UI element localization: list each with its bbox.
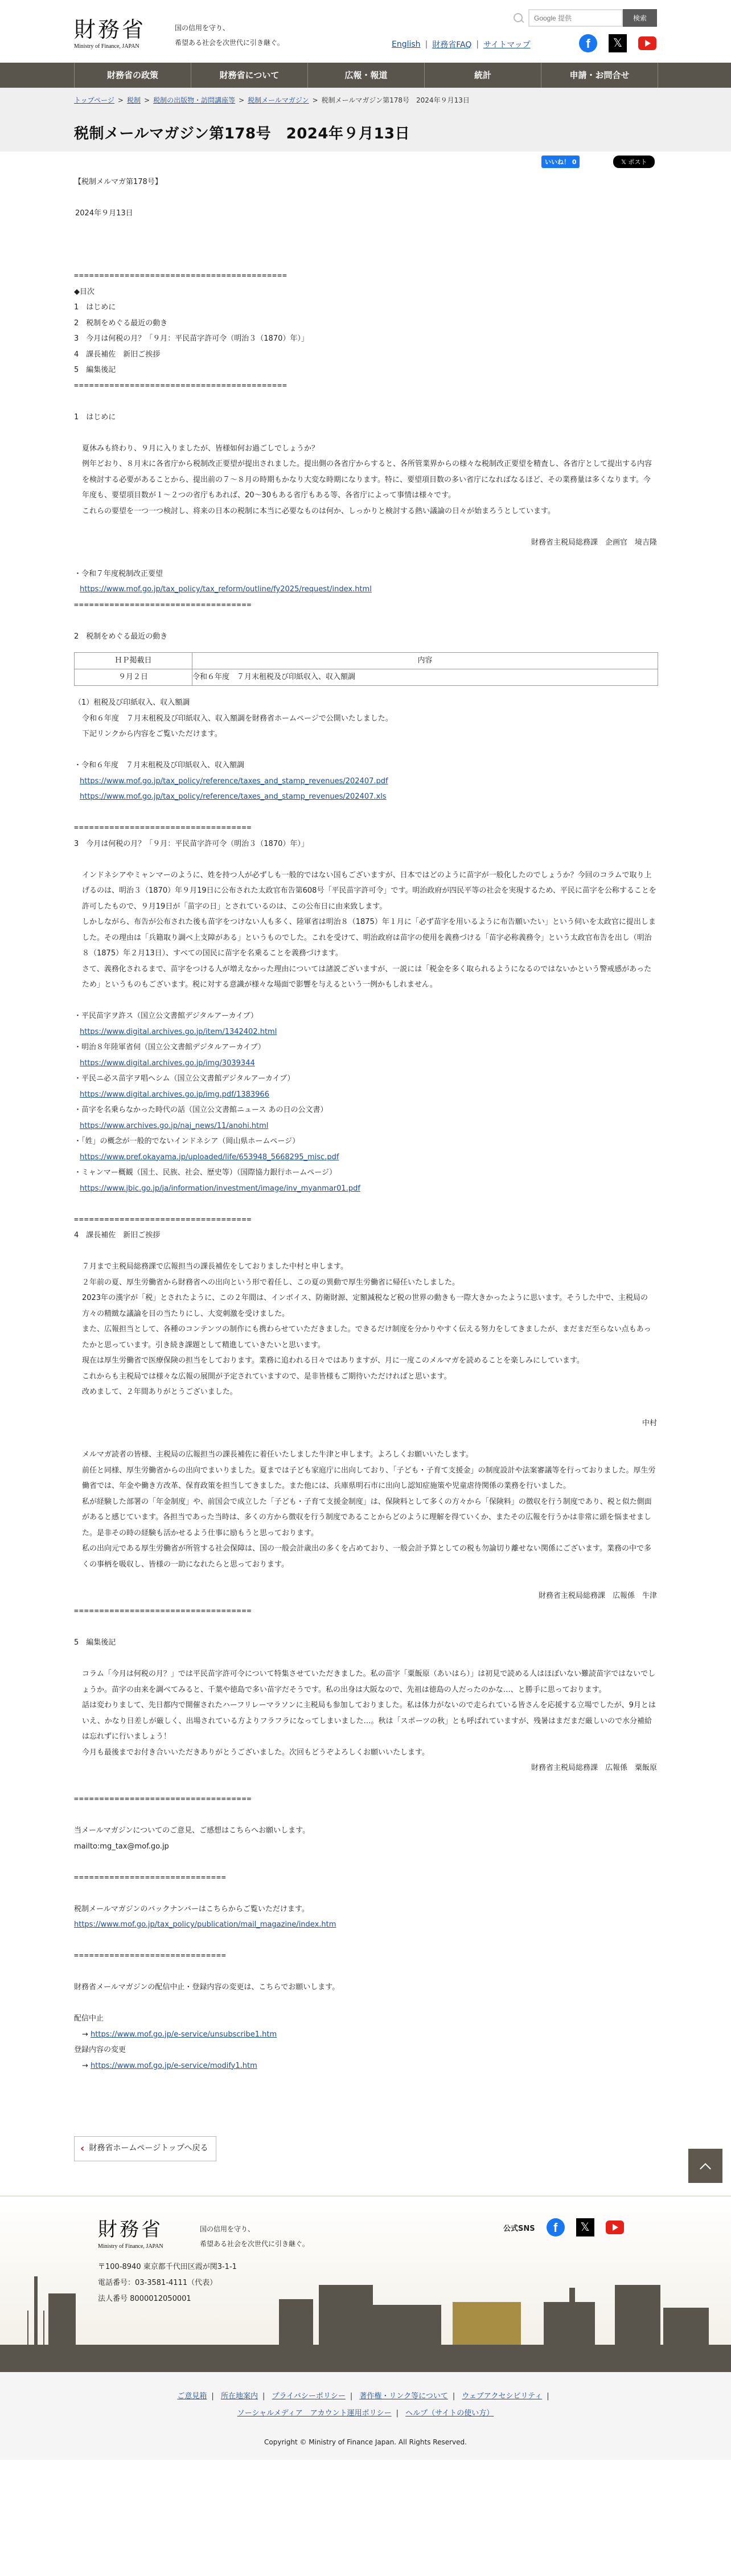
toc-item[interactable]: 2 税制をめぐる最近の動き <box>74 316 657 332</box>
footer-links-row-1: ご意見箱| 所在地案内| プライバシーポリシー| 著作権・リンク等について| ウ… <box>0 2388 731 2405</box>
sitemap-link[interactable]: サイトマップ <box>483 39 530 50</box>
skyline-illustration <box>0 2272 731 2372</box>
separator-line: ============================== <box>74 1948 657 1964</box>
feedback-mail: mailto:mg_tax@mof.go.jp <box>74 1839 657 1855</box>
paragraph: さて、義務化されるまで、苗字をつける人が増えなかった理由については諸説ございます… <box>74 962 657 993</box>
reference-link[interactable]: https://www.archives.go.jp/naj_news/11/a… <box>80 1122 268 1130</box>
breadcrumb-separator: > <box>239 96 244 104</box>
paragraph: インドネシアやミャンマーのように、姓を持つ人が必ずしも一般的ではない国もございま… <box>74 868 657 915</box>
site-logo[interactable]: 財務省 Ministry of Finance, JAPAN <box>74 17 146 50</box>
section-heading: 3 今月は何税の月？「９月：平民苗字許可令（明治３（1870）年）」 <box>74 836 657 852</box>
reference-link[interactable]: https://www.mof.go.jp/tax_policy/tax_ref… <box>80 585 372 594</box>
page-title: 税制メールマガジン第178号 2024年９月13日 <box>74 122 657 143</box>
title-band: トップページ > 税制 > 税制の出版物・訪問講座等 > 税制メールマガジン >… <box>0 88 731 152</box>
facebook-icon[interactable]: f <box>547 2218 565 2236</box>
paragraph: また、広報担当として、各種のコンテンツの制作にも携わらせていただきました。できる… <box>74 1322 657 1353</box>
table-header: ＨＰ掲載日 <box>75 653 192 669</box>
tagline-line-1: 国の信用を守り、 <box>200 2222 309 2236</box>
breadcrumb-publications[interactable]: 税制の出版物・訪問講座等 <box>153 95 235 105</box>
breadcrumb-separator: > <box>118 96 124 104</box>
reference-title: ・令和６年度 ７月末租税及び印紙収入、収入額調 <box>74 758 657 774</box>
separator-line: ========================================… <box>74 268 657 284</box>
toc-item[interactable]: 3 今月は何税の月？「９月：平民苗字許可令（明治３（1870）年）」 <box>74 331 657 347</box>
section-heading: 2 税制をめぐる最近の動き <box>74 629 657 645</box>
paragraph: 現在は厚生労働省で医療保険の担当をしております。業務に追われる日々ではありますが… <box>74 1353 657 1369</box>
logo-english: Ministry of Finance, JAPAN <box>98 2243 163 2250</box>
reference-link-pdf[interactable]: https://www.mof.go.jp/tax_policy/referen… <box>80 777 388 786</box>
reference-title: ・「姓」の概念が一般的でないインドネシア（岡山県ホームページ） <box>74 1134 657 1150</box>
footer-info: 財務省 Ministry of Finance, JAPAN 国の信用を守り、 … <box>0 2195 731 2372</box>
table-cell-content: 令和６年度 ７月末租税及び印紙収入、収入額調 <box>192 669 658 686</box>
facebook-icon[interactable]: f <box>579 34 597 52</box>
backnumber-text: 税制メールマガジンのバックナンバーはこちらからご覧いただけます。 <box>74 1902 657 1917</box>
footer-links-row-2: ソーシャルメディア アカウント運用ポリシー| ヘルプ（サイトの使い方） <box>0 2405 731 2422</box>
backnumber-link[interactable]: https://www.mof.go.jp/tax_policy/publica… <box>74 1920 336 1929</box>
paragraph: 夏休みも終わり、９月に入りましたが、皆様如何お過ごしでしょうか？ <box>74 441 657 457</box>
reference-link[interactable]: https://www.digital.archives.go.jp/img/3… <box>80 1059 255 1068</box>
chevron-left-icon: ‹ <box>80 2141 84 2157</box>
article-body: 【税制メルマガ第178号】 2024年９月13日 ===============… <box>0 174 731 2161</box>
separator-line: =================================== <box>74 820 657 836</box>
footer-links-area: ご意見箱| 所在地案内| プライバシーポリシー| 著作権・リンク等について| ウ… <box>0 2372 731 2460</box>
paragraph: 話は変わりまして、先日都内で開催されたハーフリレーマラソンに主税局も参加しており… <box>74 1698 657 1745</box>
nav-item-contact[interactable]: 申請・お問合せ <box>541 63 658 88</box>
footer-link-social-policy[interactable]: ソーシャルメディア アカウント運用ポリシー <box>237 2409 392 2418</box>
separator: | <box>476 40 479 49</box>
nav-item-policy[interactable]: 財務省の政策 <box>75 63 191 88</box>
youtube-icon[interactable] <box>606 2221 624 2234</box>
toc-item[interactable]: 1 はじめに <box>74 300 657 316</box>
issue-label: 【税制メルマガ第178号】 <box>74 174 657 190</box>
breadcrumb-separator: > <box>313 96 318 104</box>
arrow-icon: → <box>82 2062 88 2070</box>
separator-line: =================================== <box>74 1604 657 1620</box>
footer-link-privacy[interactable]: プライバシーポリシー <box>272 2392 346 2401</box>
section-heading: 4 課長補佐 新旧ご挨拶 <box>74 1228 657 1244</box>
reference-link[interactable]: https://www.jbic.go.jp/ja/information/in… <box>80 1184 360 1193</box>
paragraph: 2023年の漢字が「税」とされたように、この２年間は、インボイス、防衛財源、定額… <box>74 1290 657 1322</box>
paragraph: ２年前の夏、厚生労働省から財務省への出向という形で着任し、この夏の異動で厚生労働… <box>74 1275 657 1291</box>
site-tagline: 国の信用を守り、 希望ある社会を次世代に引き継ぐ。 <box>175 21 284 50</box>
tagline-line-2: 希望ある社会を次世代に引き継ぐ。 <box>200 2236 309 2251</box>
english-link[interactable]: English <box>392 40 421 49</box>
sns-links: f 𝕏 <box>579 34 656 52</box>
paragraph: 前任と同様、厚生労働省からの出向でまいりました。夏までは子ども家庭庁に出向してお… <box>74 1463 657 1494</box>
x-icon[interactable]: 𝕏 <box>576 2218 594 2236</box>
site-search: 検索 <box>512 9 657 27</box>
paragraph: 令和６年度 ７月末租税及び印紙収入、収入額調を財務省ホームページで公開いたしまし… <box>74 711 657 727</box>
footer-link-help[interactable]: ヘルプ（サイトの使い方） <box>405 2409 494 2418</box>
ground-band <box>0 2345 731 2372</box>
subscription-text: 財務省メールマガジンの配信中止・登録内容の変更は、こちらでお願いします。 <box>74 1980 657 1996</box>
reference-title: ・平民苗字ヲ許ス（国立公文書館デジタルアーカイブ） <box>74 1008 657 1024</box>
share-row: いいね！ 0 𝕏 ポスト <box>0 152 731 174</box>
section-heading: 1 はじめに <box>74 410 657 426</box>
paragraph: しかしながら、布告が公布された後も苗字をつけない人も多く、陸軍省は明治８（187… <box>74 914 657 962</box>
reference-link[interactable]: https://www.digital.archives.go.jp/item/… <box>80 1028 277 1036</box>
paragraph: 例年どおり、８月末に各省庁から税制改正要望が提出されました。提出側の各省庁からす… <box>74 456 657 504</box>
logo-english: Ministry of Finance, JAPAN <box>74 43 146 50</box>
separator-line: ========================================… <box>74 378 657 394</box>
separator-line: =================================== <box>74 1792 657 1808</box>
utility-links: English | 財務省FAQ | サイトマップ <box>392 39 531 50</box>
site-header: 財務省 Ministry of Finance, JAPAN 国の信用を守り、 … <box>0 0 731 63</box>
modify-label: 登録内容の変更 <box>74 2042 657 2058</box>
youtube-icon[interactable] <box>638 36 656 50</box>
signature: 財務省主税局総務課 広報係 粟飯原 <box>74 1760 657 1776</box>
logo-kanji: 財務省 <box>74 17 146 42</box>
toc-item[interactable]: 4 課長補佐 新旧ご挨拶 <box>74 347 657 363</box>
breadcrumb-current: 税制メールマガジン第178号 2024年９月13日 <box>322 95 470 105</box>
paragraph: 私の出向元である厚生労働省が所管する社会保障は、国の一般会計歳出の多くを占めてお… <box>74 1541 657 1572</box>
breadcrumb-tax[interactable]: 税制 <box>127 95 141 105</box>
paragraph: これからも主税局では様々な広報の展開が予定されていますので、是非皆様もご期待いた… <box>74 1369 657 1385</box>
sns-label: 公式SNS <box>503 2222 535 2233</box>
footer-link-accessibility[interactable]: ウェブアクセシビリティ <box>462 2392 542 2401</box>
x-icon[interactable]: 𝕏 <box>609 34 627 52</box>
separator-line: ============================== <box>74 1870 657 1886</box>
footer-link-access[interactable]: 所在地案内 <box>221 2392 258 2401</box>
table-row: ９月２日 令和６年度 ７月末租税及び印紙収入、収入額調 <box>75 669 658 686</box>
paragraph: 改めまして、２年間ありがとうございました。 <box>74 1384 657 1400</box>
faq-link[interactable]: 財務省FAQ <box>432 39 471 50</box>
unsubscribe-link[interactable]: https://www.mof.go.jp/e-service/unsubscr… <box>91 2030 277 2039</box>
logo-kanji: 財務省 <box>98 2217 163 2242</box>
modify-link[interactable]: https://www.mof.go.jp/e-service/modify1.… <box>91 2062 257 2070</box>
paragraph: メルマガ読者の皆様、主税局の広報担当の課長補佐に着任いたしました牛津と申します。… <box>74 1447 657 1463</box>
updates-table: ＨＰ掲載日 内容 ９月２日 令和６年度 ７月末租税及び印紙収入、収入額調 <box>74 652 658 686</box>
search-input[interactable] <box>528 9 623 27</box>
footer-tagline: 国の信用を守り、 希望ある社会を次世代に引き継ぐ。 <box>200 2222 309 2251</box>
paragraph: 私が経験した部署の「年金制度」や、前国会で成立した「子ども・子育て支援金制度」は… <box>74 1494 657 1541</box>
paragraph: これらの要望を一つ一つ検討し、将来の日本の税制に本当に必要なものは何か、しっかり… <box>74 504 657 520</box>
arrow-icon: → <box>82 2030 88 2039</box>
global-nav: 財務省の政策 財務省について 広報・報道 統計 申請・お問合せ <box>0 63 731 88</box>
toc-heading: ◆目次 <box>74 284 657 300</box>
reference-title: ・平民ニ必ス苗字ヲ唱ヘシム（国立公文書館デジタルアーカイブ） <box>74 1071 657 1087</box>
back-button-label: 財務省ホームページトップへ戻る <box>89 2141 208 2157</box>
search-button[interactable]: 検索 <box>623 9 657 27</box>
search-icon <box>512 12 525 24</box>
breadcrumb: トップページ > 税制 > 税制の出版物・訪問講座等 > 税制メールマガジン >… <box>74 95 657 105</box>
footer-link-opinion-box[interactable]: ご意見箱 <box>177 2392 207 2401</box>
separator-line: =================================== <box>74 598 657 614</box>
nav-item-statistics[interactable]: 統計 <box>425 63 541 88</box>
section-heading: 5 編集後記 <box>74 1635 657 1651</box>
issue-date: 2024年９月13日 <box>74 206 657 222</box>
separator-line: =================================== <box>74 1212 657 1228</box>
signature: 中村 <box>74 1416 657 1432</box>
reference-title: ・苗字を名乗らなかった時代の話（国立公文書館ニュース あの日の公文書） <box>74 1102 657 1118</box>
paragraph: ７月まで主税局総務課で広報担当の課長補佐をしておりました中村と申します。 <box>74 1259 657 1275</box>
nav-item-press[interactable]: 広報・報道 <box>308 63 425 88</box>
paragraph: コラム「今月は何税の月？」では平民苗字許可令について特集させていただきました。私… <box>74 1666 657 1698</box>
tagline-line-2: 希望ある社会を次世代に引き継ぐ。 <box>175 35 284 50</box>
breadcrumb-mail-magazine[interactable]: 税制メールマガジン <box>248 95 309 105</box>
toc-item[interactable]: 5 編集後記 <box>74 362 657 378</box>
page-top-button[interactable] <box>688 2149 722 2183</box>
copyright: Copyright © Ministry of Finance Japan. A… <box>0 2438 731 2446</box>
reference-link[interactable]: https://www.digital.archives.go.jp/img.p… <box>80 1090 269 1099</box>
reference-title: ・明治８年陸軍省伺（国立公文書館デジタルアーカイブ） <box>74 1040 657 1056</box>
back-to-top-page-button[interactable]: ‹ 財務省ホームページトップへ戻る <box>74 2136 216 2161</box>
table-cell-date: ９月２日 <box>75 669 192 686</box>
facebook-like-button[interactable]: いいね！ 0 <box>541 156 580 168</box>
unsubscribe-label: 配信中止 <box>74 2011 657 2027</box>
footer-sns: 公式SNS f 𝕏 <box>503 2218 624 2236</box>
signature: 財務省主税局総務課 広報係 牛津 <box>74 1588 657 1604</box>
signature: 財務省主税局総務課 企画官 境吉隆 <box>74 535 657 551</box>
separator: | <box>425 40 428 49</box>
nav-item-about[interactable]: 財務省について <box>191 63 308 88</box>
paragraph: 今月も最後までお付き合いいただきありがとうございました。次回もどうぞよろしくお願… <box>74 1745 657 1761</box>
feedback-text: 当メールマガジンについてのご意見、ご感想はこちらへお願いします。 <box>74 1823 657 1839</box>
breadcrumb-separator: > <box>144 96 150 104</box>
tagline-line-1: 国の信用を守り、 <box>175 21 284 35</box>
reference-link-xls[interactable]: https://www.mof.go.jp/tax_policy/referen… <box>80 792 387 801</box>
x-post-button[interactable]: 𝕏 ポスト <box>613 156 655 168</box>
reference-title: ・ミャンマー概観（国土、民族、社会、歴史等）（国際協力銀行ホームページ） <box>74 1165 657 1181</box>
reference-title: ・令和７年度税制改正要望 <box>74 566 657 582</box>
sub-heading: （1）租税及び印紙収入、収入額調 <box>74 695 657 711</box>
footer-logo[interactable]: 財務省 Ministry of Finance, JAPAN <box>98 2217 163 2250</box>
breadcrumb-top[interactable]: トップページ <box>74 95 114 105</box>
reference-link[interactable]: https://www.pref.okayama.jp/uploaded/lif… <box>80 1153 339 1162</box>
footer-link-copyright[interactable]: 著作権・リンク等について <box>359 2392 447 2401</box>
table-header-row: ＨＰ掲載日 内容 <box>75 653 658 669</box>
paragraph: 下記リンクから内容をご覧いただけます。 <box>74 726 657 742</box>
table-header: 内容 <box>192 653 658 669</box>
